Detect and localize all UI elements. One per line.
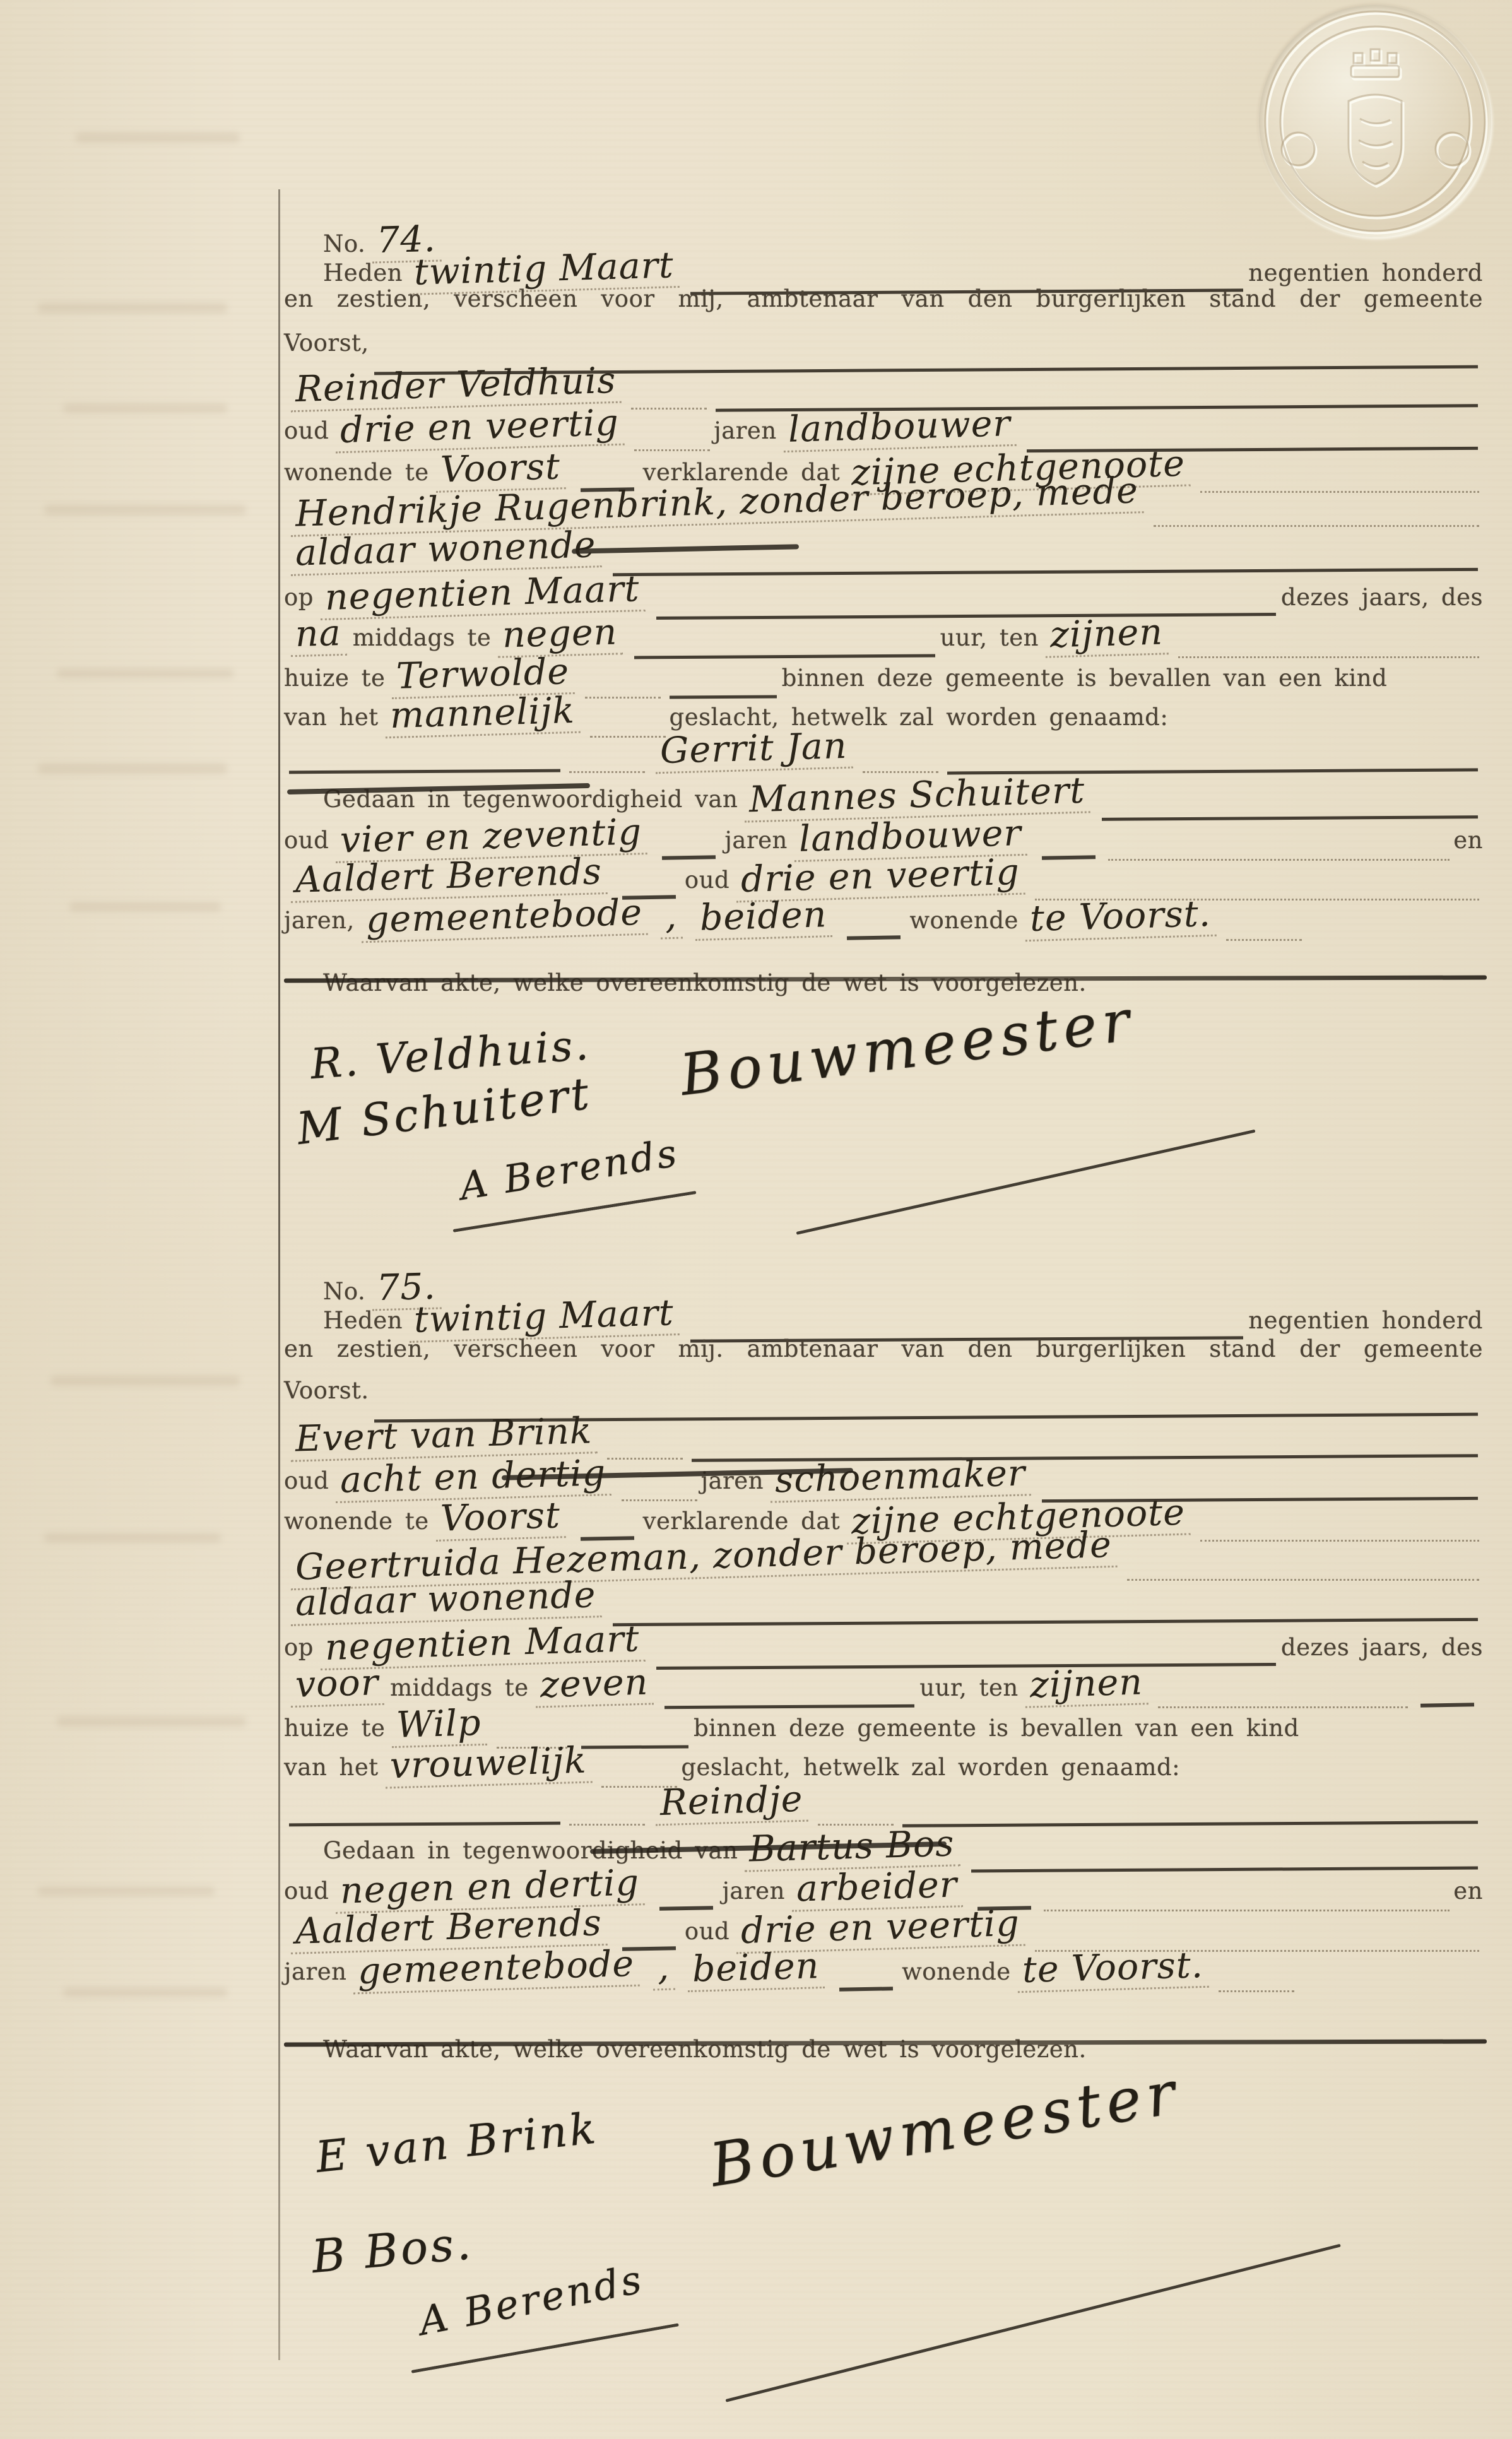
printed-label: Voorst.	[284, 1377, 369, 1404]
ink-line	[289, 1822, 560, 1827]
printed-label: oud	[284, 827, 329, 854]
printed-label: negentien honderd	[1248, 259, 1483, 286]
verso-bleed-mark	[57, 1716, 246, 1727]
birth-register-page: No.74.Hedentwintig Maartnegentien honder…	[0, 0, 1512, 2439]
ink-dash	[839, 1987, 893, 1991]
handwritten-entry: zeven	[535, 1664, 654, 1708]
handwritten-entry: beiden	[687, 1948, 825, 1992]
printed-label: jaren	[724, 827, 787, 854]
printed-label: geslacht, hetwelk zal worden genaamd:	[670, 704, 1169, 731]
ink-line	[289, 769, 560, 774]
printed-label: dezes jaars, des	[1281, 584, 1483, 611]
verso-bleed-mark	[69, 902, 221, 911]
printed-label: binnen deze gemeente is bevallen van een…	[694, 1715, 1299, 1742]
handwritten-entry: acht en dertig	[334, 1455, 611, 1503]
printed-label: van het	[284, 1754, 379, 1781]
printed-label: op	[284, 584, 314, 611]
verso-bleed-mark	[57, 669, 233, 678]
embossed-seal-icon	[1259, 5, 1491, 237]
handwritten-entry: gemeentebode	[360, 895, 648, 943]
printed-label: van het	[284, 704, 379, 731]
printed-label: Waarvan akte, welke overeenkomstig de we…	[323, 969, 1087, 996]
verso-bleed-mark	[44, 1533, 221, 1542]
printed-label: oud	[685, 1918, 729, 1945]
handwritten-entry: aldaar wonende	[290, 1577, 601, 1626]
printed-label: middags te	[390, 1674, 529, 1701]
handwritten-entry: vrouwelijk	[384, 1742, 592, 1788]
printed-label: oud	[284, 1877, 329, 1905]
signature-declarant: E van Brink	[314, 2104, 601, 2183]
printed-label: Waarvan akte, welke overeenkomstig de we…	[323, 2036, 1087, 2063]
printed-label: Voorst,	[284, 329, 369, 357]
verso-bleed-mark	[38, 1887, 215, 1896]
printed-label: en	[1453, 827, 1483, 854]
printed-label: en	[1453, 1877, 1483, 1905]
printed-label: middags te	[353, 624, 492, 651]
handwritten-entry: voor	[290, 1665, 384, 1708]
printed-label: geslacht, hetwelk zal worden genaamd:	[681, 1754, 1180, 1781]
handwritten-entry: drie en veertig	[334, 405, 625, 454]
signature-witness2: A Berends	[457, 1131, 682, 1209]
printed-label: jaren	[284, 1958, 346, 1985]
printed-label: oud	[685, 866, 729, 894]
registrar-flourish-line	[725, 2244, 1341, 2402]
handwritten-entry: Wilp	[391, 1705, 487, 1748]
verso-bleed-mark	[76, 133, 240, 143]
handwritten-entry: na	[290, 615, 346, 657]
printed-label: en zestien, verscheen voor mij, ambtenaa…	[284, 285, 1483, 312]
printed-label: en zestien, verscheen voor mij. ambtenaa…	[284, 1335, 1483, 1362]
printed-label: dezes jaars, des	[1281, 1634, 1483, 1661]
printed-label: uur, ten	[919, 1674, 1018, 1701]
printed-label: oud	[284, 1467, 329, 1494]
handwritten-entry: zijnen	[1024, 1664, 1149, 1708]
printed-label: verklarende dat	[643, 1508, 841, 1535]
handwritten-entry: gemeentebode	[353, 1946, 641, 1995]
printed-label: jaren,	[284, 907, 355, 934]
dotted-leader	[1154, 525, 1479, 527]
handwritten-entry: schoenmaker	[769, 1455, 1031, 1503]
verso-bleed-mark	[63, 404, 227, 413]
form-line: jaren,gemeentebode,beidenwonendete Voors…	[284, 899, 1483, 950]
printed-label: wonende	[909, 907, 1019, 934]
printed-label: jaren	[722, 1877, 784, 1905]
printed-label: op	[284, 1634, 314, 1661]
seal-arms-graphic	[1259, 5, 1491, 237]
printed-label: oud	[284, 417, 329, 444]
verso-bleed-mark	[63, 1988, 227, 1997]
verso-bleed-mark	[44, 505, 246, 515]
handwritten-entry: Voorst	[435, 1497, 566, 1542]
handwritten-entry: ,	[652, 1950, 675, 1991]
printed-label: wonende te	[284, 459, 429, 486]
dotted-leader	[569, 1824, 645, 1826]
signature-witness1: B Bos.	[310, 2216, 475, 2283]
printed-label: wonende	[902, 1958, 1011, 1985]
printed-label: binnen deze gemeente is bevallen van een…	[782, 664, 1388, 692]
handwritten-entry: zijnen	[1044, 614, 1169, 658]
dotted-leader	[1226, 939, 1302, 941]
handwritten-entry: beiden	[694, 897, 832, 941]
dotted-leader	[863, 771, 938, 773]
dotted-leader	[1219, 1990, 1294, 1992]
verso-bleed-mark	[50, 1376, 240, 1386]
printed-label: negentien honderd	[1248, 1307, 1483, 1334]
handwritten-entry: aldaar wonende	[290, 527, 601, 576]
handwritten-entry: te Voorst.	[1024, 896, 1217, 942]
dotted-leader	[1127, 1579, 1479, 1581]
printed-label: huize te	[284, 1715, 385, 1742]
handwritten-entry: Gerrit Jan	[654, 728, 853, 774]
dotted-leader	[569, 771, 645, 773]
ink-dash	[847, 935, 901, 940]
verso-bleed-mark	[38, 303, 227, 313]
margin-rule	[278, 189, 280, 2360]
printed-label: Heden	[323, 259, 403, 286]
registrar-flourish-line	[796, 1130, 1255, 1235]
printed-label: huize te	[284, 664, 385, 692]
verso-bleed-mark	[38, 764, 227, 774]
handwritten-entry: landbouwer	[783, 406, 1016, 452]
form-line: jarengemeentebode,beidenwonendete Voorst…	[284, 1950, 1483, 2002]
handwritten-entry: ,	[659, 899, 683, 940]
printed-label: wonende te	[284, 1508, 429, 1535]
printed-label: jaren	[714, 417, 776, 444]
ink-line	[902, 1821, 1478, 1828]
printed-label: uur, ten	[940, 624, 1039, 651]
printed-label: Heden	[323, 1307, 403, 1334]
handwritten-entry: Reindje	[654, 1781, 808, 1826]
handwritten-entry: te Voorst.	[1017, 1947, 1209, 1993]
